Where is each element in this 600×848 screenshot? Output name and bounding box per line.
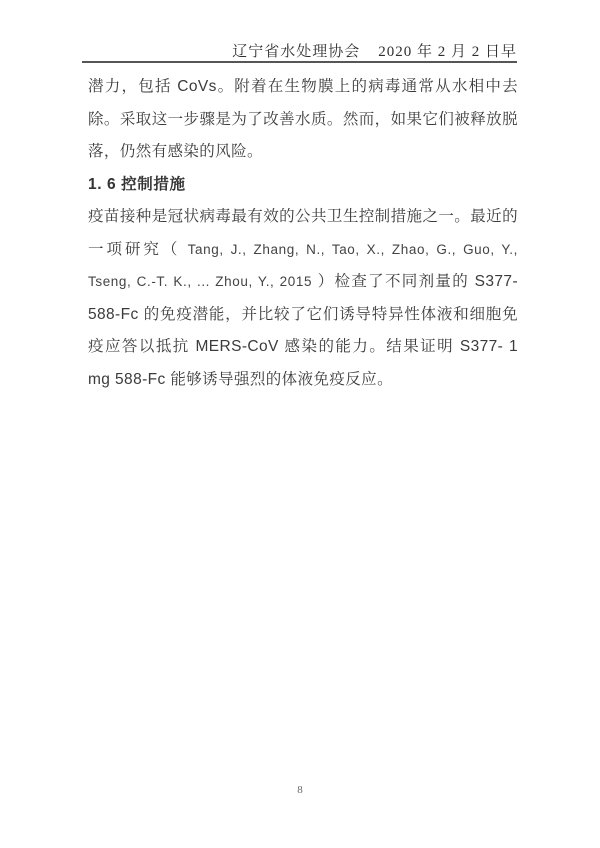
document-page: 辽宁省水处理协会2020 年 2 月 2 日早 潜力，包括 CoVs。附着在生物…	[0, 0, 600, 848]
header-date: 2020 年 2 月 2 日早	[378, 44, 517, 60]
paragraph-vaccine-tail: ）检查了不同剂量的 S377-588-Fc 的免疫潜能，并比较了它们诱导特异性体…	[88, 273, 518, 388]
document-body: 潜力，包括 CoVs。附着在生物膜上的病毒通常从水相中去除。采取这一步骤是为了改…	[88, 71, 518, 396]
page-header: 辽宁省水处理协会2020 年 2 月 2 日早	[82, 40, 517, 61]
paragraph-vaccine-study: 疫苗接种是冠状病毒最有效的公共卫生控制措施之一。最近的一项研究（ Tang, J…	[88, 201, 518, 396]
section-heading-control-measures: 1. 6 控制措施	[88, 169, 518, 202]
header-rule	[82, 61, 517, 63]
paragraph-biofilm-viruses: 潜力，包括 CoVs。附着在生物膜上的病毒通常从水相中去除。采取这一步骤是为了改…	[88, 71, 518, 169]
header-organization: 辽宁省水处理协会	[232, 44, 360, 60]
page-number: 8	[0, 784, 600, 796]
